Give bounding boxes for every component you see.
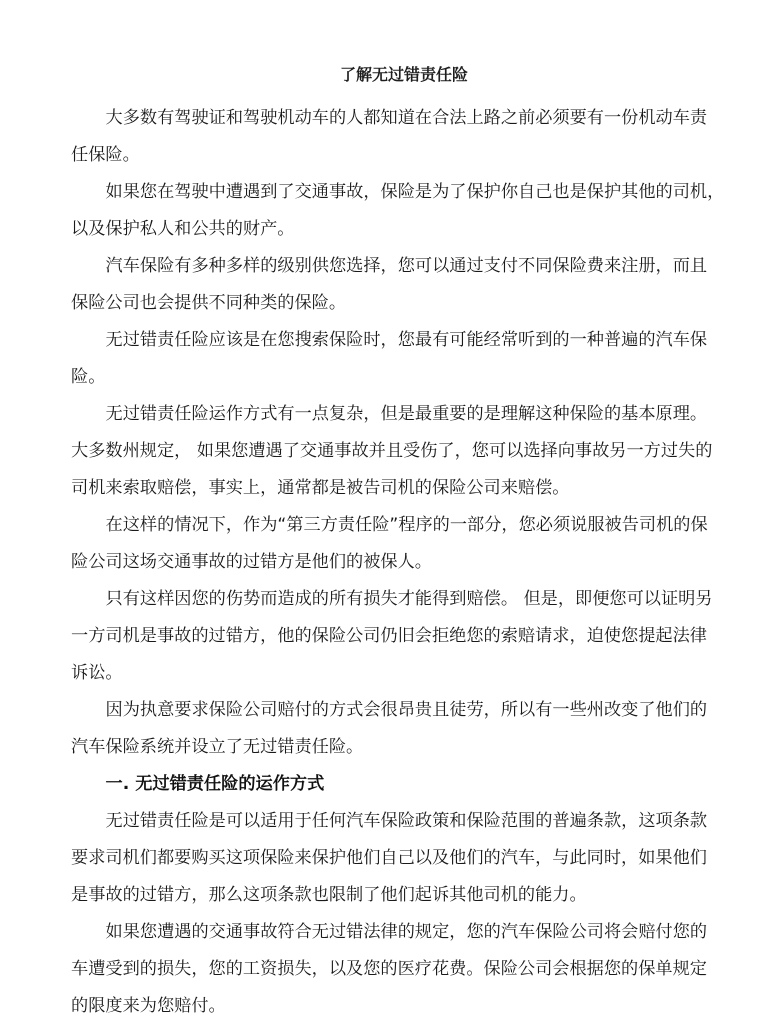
text-line: 汽车保险系统并设立了无过错责任险。 [71,729,679,766]
text-line: 要求司机们都要购买这项保险来保护他们自己以及他们的汽车，与此同时，如果他们 [71,840,679,877]
paragraph: 如果您在驾驶中遭遇到了交通事故，保险是为了保护你自己也是保护其他的司机， 以及保… [71,174,679,248]
document-body: 大多数有驾驶证和驾驶机动车的人都知道在合法上路之前必须要有一份机动车责 任保险。… [71,100,679,1024]
text-line: 只有这样因您的伤势而造成的所有损失才能得到赔偿。 但是，即便您可以证明另 [71,581,679,618]
text-line: 无过错责任险应该是在您搜索保险时，您最有可能经常听到的一种普遍的汽车保 [71,322,679,359]
paragraph: 无过错责任险应该是在您搜索保险时，您最有可能经常听到的一种普遍的汽车保 险。 [71,322,679,396]
text-line: 无过错责任险是可以适用于任何汽车保险政策和保险范围的普遍条款，这项条款 [71,803,679,840]
paragraph: 无过错责任险是可以适用于任何汽车保险政策和保险范围的普遍条款，这项条款 要求司机… [71,803,679,914]
text-line: 无过错责任险运作方式有一点复杂，但是最重要的是理解这种保险的基本原理。 [71,396,679,433]
paragraph: 无过错责任险运作方式有一点复杂，但是最重要的是理解这种保险的基本原理。 大多数州… [71,396,679,507]
paragraph: 因为执意要求保险公司赔付的方式会很昂贵且徒劳，所以有一些州改变了他们的 汽车保险… [71,692,679,766]
text-line: 车遭受到的损失，您的工资损失，以及您的医疗花费。保险公司会根据您的保单规定 [71,951,679,988]
text-line: 是事故的过错方，那么这项条款也限制了他们起诉其他司机的能力。 [71,877,679,914]
document-title: 了解无过错责任险 [0,62,768,85]
text-line: 在这样的情况下，作为“第三方责任险”程序的一部分，您必须说服被告司机的保 [71,507,679,544]
text-line: 司机来索取赔偿，事实上，通常都是被告司机的保险公司来赔偿。 [71,470,679,507]
paragraph: 只有这样因您的伤势而造成的所有损失才能得到赔偿。 但是，即便您可以证明另 一方司… [71,581,679,692]
text-line: 因为执意要求保险公司赔付的方式会很昂贵且徒劳，所以有一些州改变了他们的 [71,692,679,729]
text-line: 如果您在驾驶中遭遇到了交通事故，保险是为了保护你自己也是保护其他的司机， [71,174,679,211]
text-line: 大多数州规定， 如果您遭遇了交通事故并且受伤了，您可以选择向事故另一方过失的 [71,433,679,470]
text-line: 任保险。 [71,137,679,174]
text-line: 险公司这场交通事故的过错方是他们的被保人。 [71,544,679,581]
text-line: 诉讼。 [71,655,679,692]
section-heading: 一. 无过错责任险的运作方式 [71,766,679,803]
paragraph: 汽车保险有多种多样的级别供您选择，您可以通过支付不同保险费来注册，而且 保险公司… [71,248,679,322]
paragraph: 在这样的情况下，作为“第三方责任险”程序的一部分，您必须说服被告司机的保 险公司… [71,507,679,581]
text-line: 保险公司也会提供不同种类的保险。 [71,285,679,322]
text-line: 大多数有驾驶证和驾驶机动车的人都知道在合法上路之前必须要有一份机动车责 [71,100,679,137]
text-line: 一方司机是事故的过错方，他的保险公司仍旧会拒绝您的索赔请求，迫使您提起法律 [71,618,679,655]
paragraph: 大多数有驾驶证和驾驶机动车的人都知道在合法上路之前必须要有一份机动车责 任保险。 [71,100,679,174]
text-line: 以及保护私人和公共的财产。 [71,211,679,248]
text-line: 的限度来为您赔付。 [71,988,679,1024]
text-line: 汽车保险有多种多样的级别供您选择，您可以通过支付不同保险费来注册，而且 [71,248,679,285]
paragraph: 如果您遭遇的交通事故符合无过错法律的规定，您的汽车保险公司将会赔付您的 车遭受到… [71,914,679,1024]
text-line: 险。 [71,359,679,396]
document-page: 了解无过错责任险 大多数有驾驶证和驾驶机动车的人都知道在合法上路之前必须要有一份… [0,0,768,1024]
text-line: 如果您遭遇的交通事故符合无过错法律的规定，您的汽车保险公司将会赔付您的 [71,914,679,951]
